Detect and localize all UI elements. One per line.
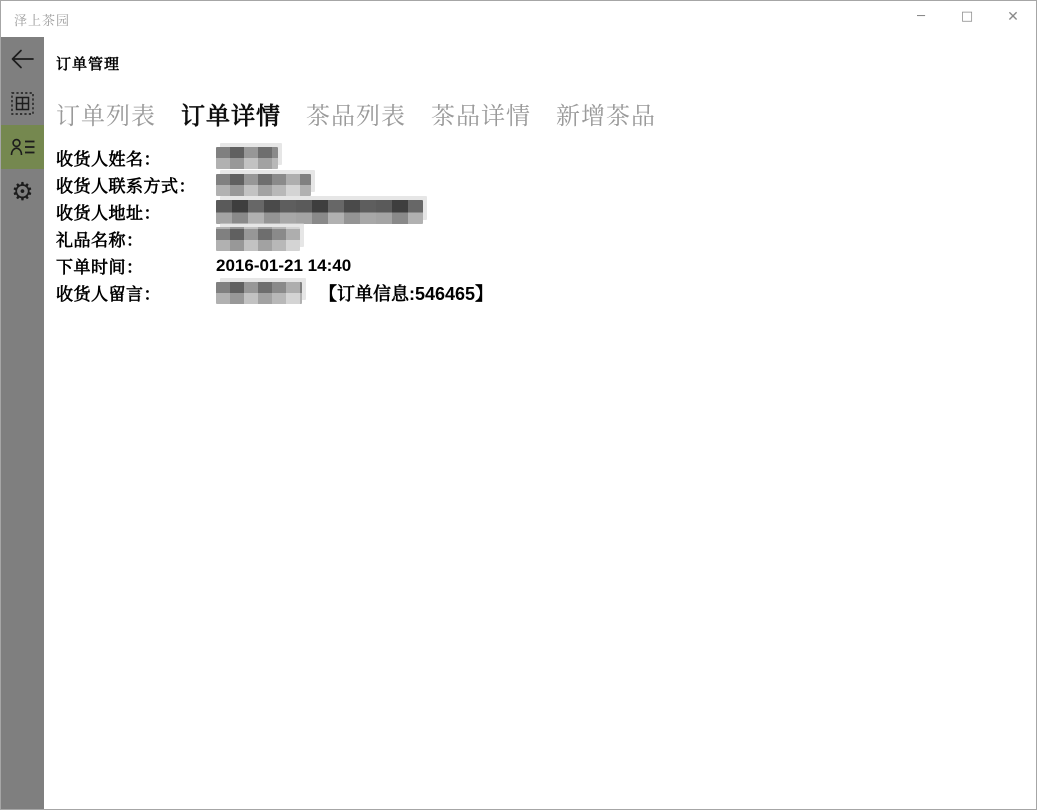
field-value [216,174,311,196]
order-field-row: 收货人联系方式： [56,171,1016,198]
pivot-tab[interactable]: 订单列表 [56,96,156,131]
main-content: 订单管理 订单列表订单详情茶品列表茶品详情新增茶品 收货人姓名： 收货人联系方式… [44,37,1036,809]
app-window: 泽上茶园 ─ □ ✕ [0,0,1037,810]
redacted-value [216,174,311,196]
sidebar-item-contacts[interactable] [1,125,44,169]
order-field-row: 收货人地址： [56,198,1016,225]
redacted-value [216,147,278,169]
maximize-button[interactable]: □ [944,1,990,33]
maximize-icon: □ [961,9,973,24]
close-button[interactable]: ✕ [990,1,1036,33]
close-icon: ✕ [1007,9,1019,25]
order-field-row: 收货人姓名： [56,144,1016,171]
field-label: 收货人姓名： [56,145,216,170]
order-details: 收货人姓名： 收货人联系方式： 收货人地址： 礼品名称： 下单时间： 2016-… [56,144,1016,306]
pivot-tab[interactable]: 新增茶品 [556,96,656,131]
field-value: 2016-01-21 14:40 [216,256,351,276]
pivot-tabs: 订单列表订单详情茶品列表茶品详情新增茶品 [56,96,1016,131]
sidebar-item-settings[interactable]: ⚙ [1,169,44,213]
field-label: 下单时间： [56,253,216,278]
field-label: 收货人联系方式： [56,172,216,197]
minimize-icon: ─ [917,9,925,24]
gear-icon: ⚙ [11,179,33,204]
pivot-tab[interactable]: 茶品详情 [431,96,531,131]
pivot-tab[interactable]: 茶品列表 [306,96,406,131]
pivot-tab[interactable]: 订单详情 [181,96,281,131]
redacted-value [216,200,423,224]
field-text-value: 2016-01-21 14:40 [216,256,351,276]
field-label: 礼品名称： [56,226,216,251]
field-value [216,200,423,224]
page-title: 订单管理 [56,53,1016,74]
window-controls: ─ □ ✕ [898,1,1036,33]
field-value [216,147,278,169]
order-field-row: 收货人留言： 【订单信息:546465】 [56,279,1016,306]
order-info-ref: 【订单信息:546465】 [319,280,493,306]
contacts-list-icon [10,138,36,156]
field-value: 【订单信息:546465】 [216,280,493,306]
titlebar: 泽上茶园 ─ □ ✕ [1,1,1036,37]
tiles-grid-icon [11,92,34,115]
field-label: 收货人留言： [56,280,216,305]
sidebar-item-tiles[interactable] [1,81,44,125]
back-button[interactable] [1,37,44,81]
back-arrow-icon [10,48,35,70]
redacted-value [216,282,302,304]
field-value [216,227,300,251]
order-field-row: 礼品名称： [56,225,1016,252]
field-label: 收货人地址： [56,199,216,224]
minimize-button[interactable]: ─ [898,1,944,33]
order-field-row: 下单时间： 2016-01-21 14:40 [56,252,1016,279]
window-title: 泽上茶园 [1,1,70,29]
sidebar: ⚙ [1,37,44,809]
redacted-value [216,227,300,251]
